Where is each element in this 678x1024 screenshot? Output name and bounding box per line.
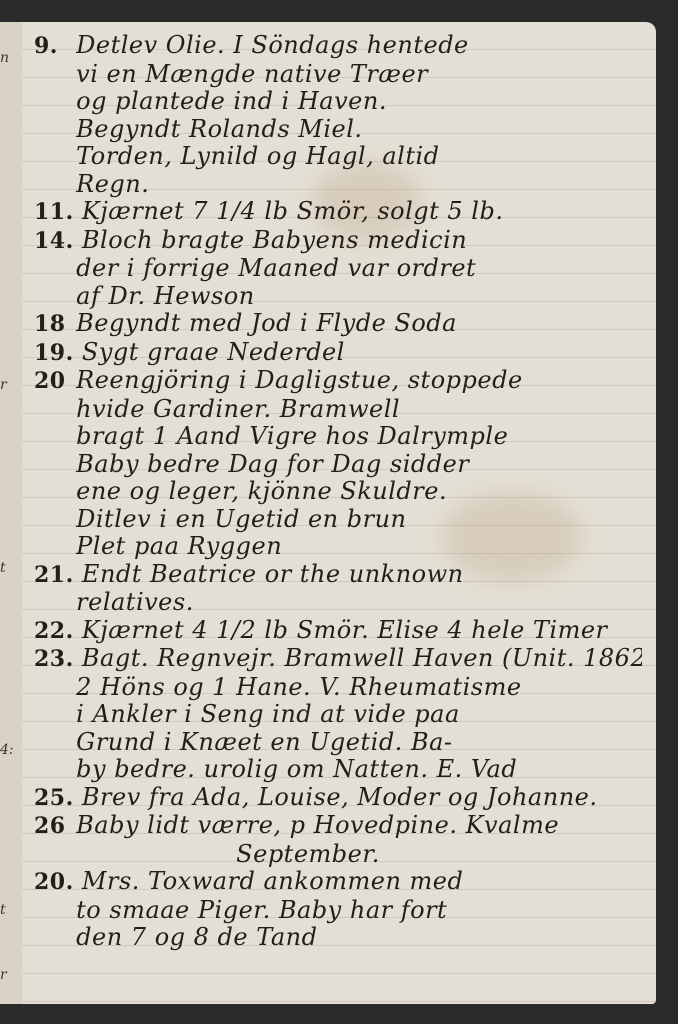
left-page-fragment: r <box>0 967 7 983</box>
left-page-fragment: 4: <box>0 742 14 758</box>
diary-line: by bedre. urolig om Natten. E. Vad <box>34 756 642 784</box>
diary-page: 9. Detlev Olie. I Söndags hentede vi en … <box>22 22 656 1004</box>
diary-line: to smaae Piger. Baby har fort <box>34 897 642 925</box>
diary-line: 26 Baby lidt værre, p Hovedpine. Kvalme <box>34 812 642 841</box>
diary-line: 23. Bagt. Regnvejr. Bramwell Haven (Unit… <box>34 645 642 674</box>
left-page-edge: n r t 4: t r <box>0 22 24 1004</box>
left-page-fragment: t <box>0 560 6 576</box>
diary-line: Grund i Knæet en Ugetid. Ba- <box>34 729 642 757</box>
diary-line: Begyndt Rolands Miel. <box>34 116 642 144</box>
diary-line: bragt 1 Aand Vigre hos Dalrymple <box>34 423 642 451</box>
diary-line: 19. Sygt graae Nederdel <box>34 339 642 368</box>
diary-line: 25. Brev fra Ada, Louise, Moder og Johan… <box>34 784 642 813</box>
diary-line: 20. Mrs. Toxward ankommen med <box>34 868 642 897</box>
left-page-fragment: n <box>0 50 9 66</box>
diary-text: 9. Detlev Olie. I Söndags hentede vi en … <box>34 32 642 952</box>
diary-line: 22. Kjærnet 4 1/2 lb Smör. Elise 4 hele … <box>34 617 642 646</box>
diary-line: Baby bedre Dag for Dag sidder <box>34 451 642 479</box>
diary-line: der i forrige Maaned var ordret <box>34 255 642 283</box>
diary-line: 20 Reengjöring i Dagligstue, stoppede <box>34 367 642 396</box>
diary-line: af Dr. Hewson <box>34 283 642 311</box>
diary-line: 18 Begyndt med Jod i Flyde Soda <box>34 310 642 339</box>
diary-line: Regn. <box>34 171 642 199</box>
diary-line: 9. Detlev Olie. I Söndags hentede <box>34 32 642 61</box>
left-page-fragment: r <box>0 377 7 393</box>
diary-line: i Ankler i Seng ind at vide paa <box>34 701 642 729</box>
month-heading: September. <box>34 841 642 869</box>
diary-line: 21. Endt Beatrice or the unknown <box>34 561 642 590</box>
diary-line: vi en Mængde native Træer <box>34 61 642 89</box>
diary-line: og plantede ind i Haven. <box>34 88 642 116</box>
diary-line: Plet paa Ryggen <box>34 533 642 561</box>
diary-line: hvide Gardiner. Bramwell <box>34 396 642 424</box>
diary-line: Ditlev i en Ugetid en brun <box>34 506 642 534</box>
diary-line: den 7 og 8 de Tand <box>34 924 642 952</box>
left-page-fragment: t <box>0 902 6 918</box>
diary-line: relatives. <box>34 589 642 617</box>
diary-line: Torden, Lynild og Hagl, altid <box>34 143 642 171</box>
diary-line: 14. Bloch bragte Babyens medicin <box>34 227 642 256</box>
diary-line: ene og leger, kjönne Skuldre. <box>34 478 642 506</box>
diary-line: 2 Höns og 1 Hane. V. Rheumatisme <box>34 674 642 702</box>
diary-line: 11. Kjærnet 7 1/4 lb Smör, solgt 5 lb. <box>34 198 642 227</box>
